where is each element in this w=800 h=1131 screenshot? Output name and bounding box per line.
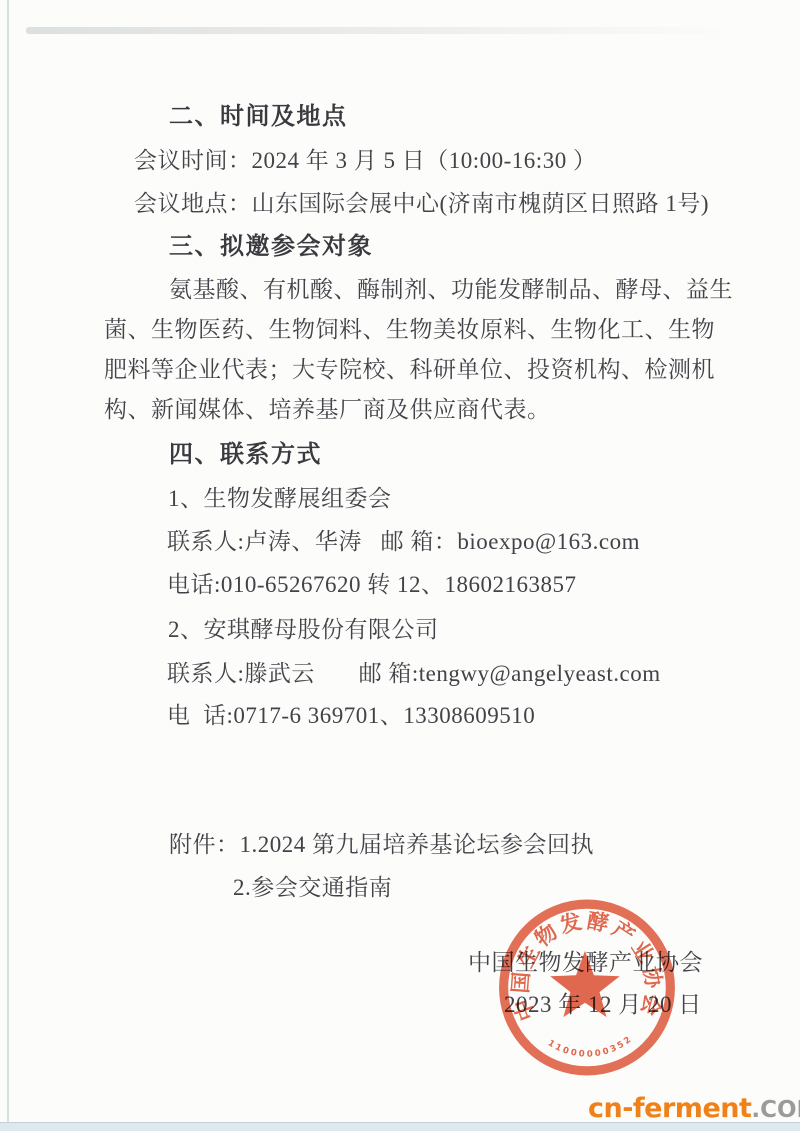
org2-phone-line: 电 话:0717-6 369701、13308609510 bbox=[167, 702, 535, 731]
attendees-paragraph-line-3: 肥料等企业代表；大专院校、科研单位、投资机构、检测机 bbox=[104, 356, 715, 385]
attachments-line-1: 附件：1.2024 第九届培养基论坛参会回执 bbox=[169, 831, 594, 860]
org1-phone-line: 电话:010-65267620 转 12、18602163857 bbox=[167, 571, 577, 600]
site-watermark: cn-ferment.COM bbox=[588, 1093, 800, 1124]
attachments-line-2: 2.参会交通指南 bbox=[233, 874, 392, 903]
org1-title-line: 1、生物发酵展组委会 bbox=[168, 485, 392, 514]
section-2-heading: 二、时间及地点 bbox=[169, 102, 348, 132]
attendees-paragraph-line-1: 氨基酸、有机酸、酶制剂、功能发酵制品、酵母、益生 bbox=[169, 276, 733, 305]
scan-edge-bottom bbox=[0, 1122, 800, 1131]
org2-title-line: 2、安琪酵母股份有限公司 bbox=[168, 616, 439, 645]
section-4-heading: 四、联系方式 bbox=[169, 440, 322, 470]
scanned-letter-page: 二、时间及地点 会议时间：2024 年 3 月 5 日（10:00-16:30 … bbox=[0, 0, 800, 1131]
meeting-time-line: 会议时间：2024 年 3 月 5 日（10:00-16:30 ） bbox=[134, 147, 596, 176]
attendees-paragraph-line-2: 菌、生物医药、生物饲料、生物美妆原料、生物化工、生物 bbox=[104, 316, 715, 345]
scan-edge-left bbox=[7, 0, 9, 1131]
org1-contact-line: 联系人:卢涛、华涛 邮 箱：bioexpo@163.com bbox=[167, 528, 640, 557]
official-seal-stamp: 中国生物发酵产业协会 1100000035223 bbox=[495, 896, 679, 1079]
seal-star-icon bbox=[550, 951, 620, 1017]
watermark-name: cn-ferment bbox=[588, 1093, 751, 1124]
org2-contact-line: 联系人:滕武云 邮 箱:tengwy@angelyeast.com bbox=[167, 660, 661, 689]
scan-streak-artifact bbox=[26, 27, 732, 34]
watermark-tld: .COM bbox=[751, 1097, 800, 1123]
meeting-venue-line: 会议地点：山东国际会展中心(济南市槐荫区日照路 1号) bbox=[134, 190, 709, 219]
attendees-paragraph-line-4: 构、新闻媒体、培养基厂商及供应商代表。 bbox=[104, 396, 551, 425]
section-3-heading: 三、拟邀参会对象 bbox=[169, 232, 373, 262]
